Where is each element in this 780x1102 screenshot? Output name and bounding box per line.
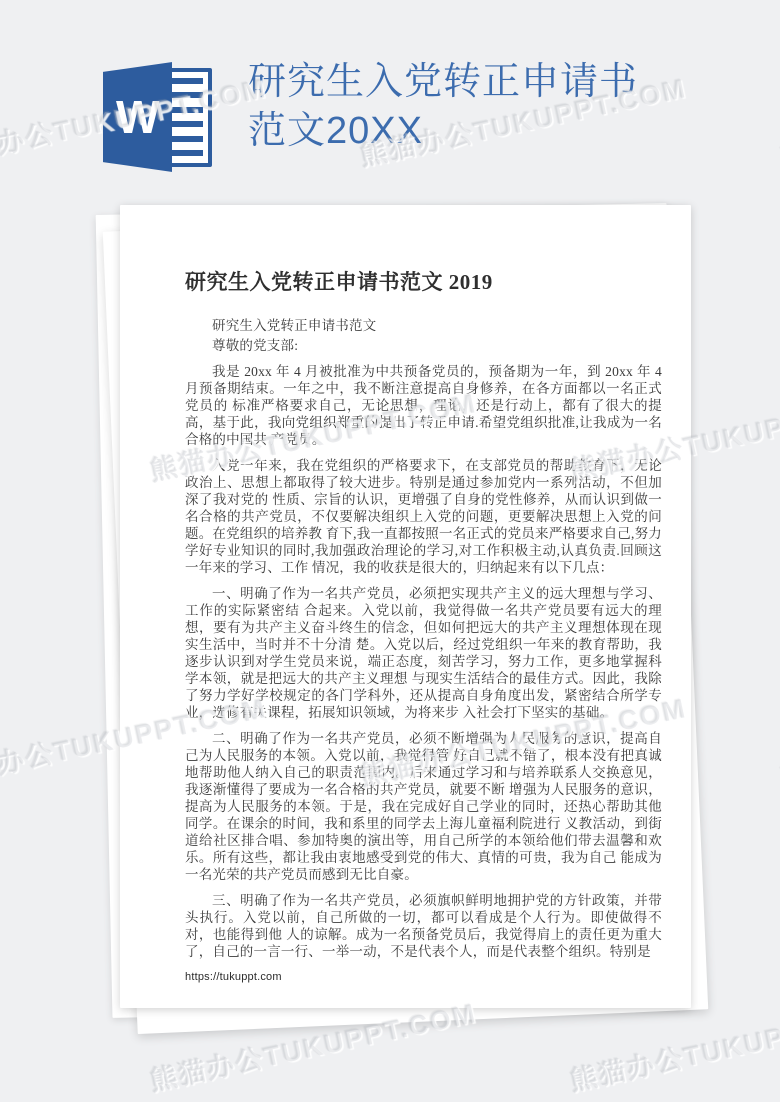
word-icon-flap: W [103, 62, 172, 172]
page-background: W 研究生入党转正申请书范文20XX 研究生入党转正申请书范文 2019 研究生… [0, 0, 780, 1102]
watermark-text: 熊猫办公TUKUPPT.COM [776, 686, 780, 793]
document-paragraph: 我是 20xx 年 4 月被批准为中共预备党员的，预备期为一年，到 20xx 年… [185, 363, 662, 448]
word-icon-letter: W [116, 94, 159, 140]
document-paragraph: 一、明确了作为一名共产党员，必须把实现共产主义的远大理想与学习、工作的实际紧密结… [185, 585, 662, 721]
document-paragraph: 入党一年来，我在党组织的严格要求下，在支部党员的帮助教育下，无论政治上、思想上都… [185, 457, 662, 576]
watermark-text: 熊猫办公TUKUPPT.COM [776, 66, 780, 173]
document-title: 研究生入党转正申请书范文 2019 [185, 267, 662, 297]
word-document-icon: W [103, 62, 215, 172]
document-salutation: 尊敬的党支部: [185, 337, 662, 354]
document-footer-url: https://tukuppt.com [185, 971, 662, 983]
header: W 研究生入党转正申请书范文20XX [103, 58, 660, 172]
document-paragraph: 研究生入党转正申请书范文 [185, 317, 662, 334]
document-page: 研究生入党转正申请书范文 2019 研究生入党转正申请书范文 尊敬的党支部: 我… [120, 205, 691, 1008]
document-paragraph: 二、明确了作为一名共产党员，必须不断增强为人民服务的意识，提高自己为人民服务的本… [185, 730, 662, 883]
page-title: 研究生入党转正申请书范文20XX [248, 58, 660, 156]
document-paragraph: 三、明确了作为一名共产党员，必须旗帜鲜明地拥护党的方针政策，并带头执行。入党以前… [185, 892, 662, 960]
